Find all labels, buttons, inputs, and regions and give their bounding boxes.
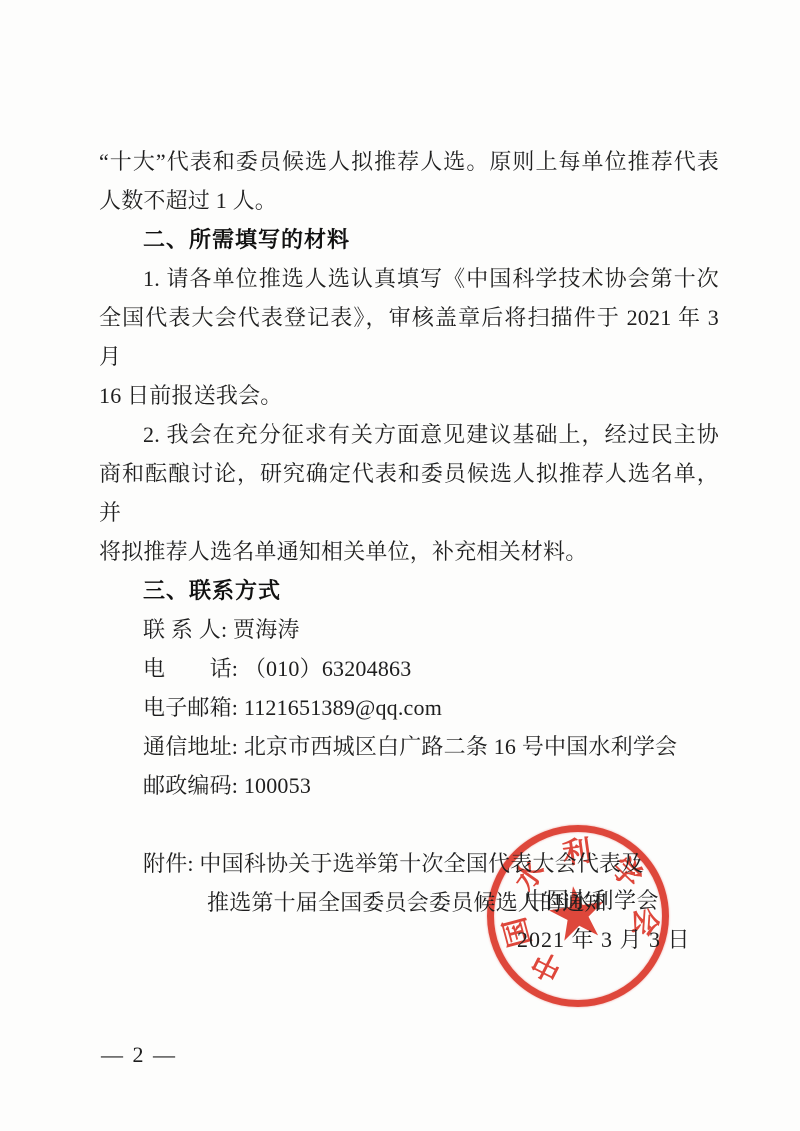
section-heading: 三、联系方式 bbox=[99, 571, 719, 610]
body-line: 商和酝酿讨论，研究确定代表和委员候选人拟推荐人选名单，并 bbox=[99, 454, 719, 532]
contact-email: 电子邮箱: 1121651389@qq.com bbox=[99, 688, 719, 727]
section-heading: 二、所需填写的材料 bbox=[99, 220, 719, 259]
document-page: “十大”代表和委员候选人拟推荐人选。原则上每单位推荐代表 人数不超过 1 人。 … bbox=[0, 0, 800, 1131]
body-line: 全国代表大会代表登记表》，审核盖章后将扫描件于 2021 年 3 月 bbox=[99, 298, 719, 376]
body-line: “十大”代表和委员候选人拟推荐人选。原则上每单位推荐代表 bbox=[99, 142, 719, 181]
contact-person: 联 系 人: 贾海涛 bbox=[99, 610, 719, 649]
document-body: “十大”代表和委员候选人拟推荐人选。原则上每单位推荐代表 人数不超过 1 人。 … bbox=[99, 142, 719, 922]
contact-postcode: 邮政编码: 100053 bbox=[99, 766, 719, 805]
body-line: 人数不超过 1 人。 bbox=[99, 181, 719, 220]
body-line: 1. 请各单位推选人选认真填写《中国科学技术协会第十次 bbox=[99, 259, 719, 298]
body-line: 16 日前报送我会。 bbox=[99, 376, 719, 415]
signature-org: 中国水利学会 bbox=[524, 887, 659, 915]
body-line: 将拟推荐人选名单通知相关单位，补充相关材料。 bbox=[99, 532, 719, 571]
page-number: — 2 — bbox=[101, 1042, 177, 1068]
signature-date: 2021 年 3 月 3 日 bbox=[517, 926, 691, 954]
attachment-line: 附件: 中国科协关于选举第十次全国代表大会代表及 bbox=[99, 844, 719, 883]
contact-phone: 电 话: （010）63204863 bbox=[99, 649, 719, 688]
contact-address: 通信地址: 北京市西城区白广路二条 16 号中国水利学会 bbox=[99, 727, 719, 766]
body-line: 2. 我会在充分征求有关方面意见建议基础上，经过民主协 bbox=[99, 415, 719, 454]
